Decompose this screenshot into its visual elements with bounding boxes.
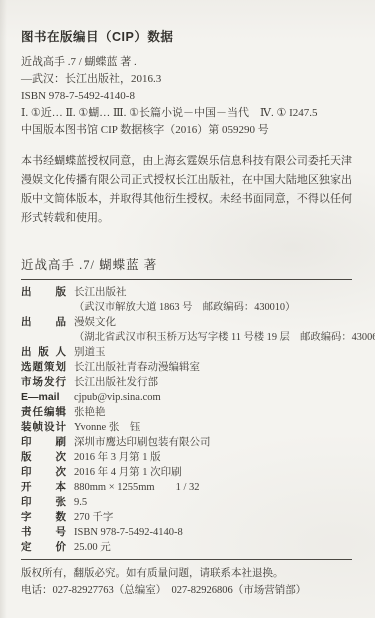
row-label: 出版人 [21,345,66,360]
table-row-topic-planning: 选题策划长江出版社青春动漫编辑室 [21,360,352,375]
table-row-word-count: 字数270 千字 [21,510,352,525]
row-value: 张艳艳 [74,405,106,420]
row-value: 2016 年 3 月第 1 版 [74,450,161,465]
copyright-notice: 版权所有，翻版必究。如有质量问题，请联系本社退换。 [21,566,352,583]
table-row-isbn: 书号ISBN 978-7-5492-4140-8 [21,525,352,540]
row-value: 2016 年 4 月第 1 次印刷 [74,465,182,480]
row-label: E—mail [21,390,66,405]
table-row-price: 定价25.00 元 [21,540,352,555]
row-label: 出品 [21,315,66,330]
cip-classification-line: Ⅰ. ①近… Ⅱ. ①蝴… Ⅲ. ①长篇小说－中国－当代 Ⅳ. ① I247.5 [21,105,352,122]
footer-divider-rule [21,559,352,560]
row-value: 长江出版社青春动漫编辑室 [74,360,200,375]
authorization-paragraph: 本书经蝴蝶蓝授权同意，由上海玄霆娱乐信息科技有限公司委托天津漫娱文化传播有限公司… [21,152,352,228]
cip-title-line: 近战高手 .7 / 蝴蝶蓝 著 . [21,54,352,71]
table-row-market-distribution: 市场发行长江出版社发行部 [21,375,352,390]
table-row-format: 开本880mm × 1255mm 1 / 32 [21,480,352,495]
row-label: 印次 [21,465,66,480]
cip-record-number-line: 中国版本图书馆 CIP 数据核字（2016）第 059290 号 [21,122,352,139]
table-row-publisher-person: 出版人别道玉 [21,345,352,360]
row-note-publisher-address: （武汉市解放大道 1863 号 邮政编码：430010） [21,300,352,315]
row-label: 字数 [21,510,66,525]
colophon-book-title: 近战高手 .7/ 蝴蝶蓝 著 [21,255,352,273]
row-value: 长江出版社 [74,285,127,300]
table-row-edition: 版次2016 年 3 月第 1 版 [21,450,352,465]
row-label: 市场发行 [21,375,66,390]
table-row-design: 装帧设计Yvonne 张 钰 [21,420,352,435]
row-value: ISBN 978-7-5492-4140-8 [74,525,183,540]
copyright-page: 图书在版编目（CIP）数据 近战高手 .7 / 蝴蝶蓝 著 . —武汉：长江出版… [0,0,375,618]
table-row-impression: 印次2016 年 4 月第 1 次印刷 [21,465,352,480]
table-row-editor: 责任编辑张艳艳 [21,405,352,420]
row-label: 版次 [21,450,66,465]
cip-publisher-line: —武汉：长江出版社，2016.3 [21,71,352,88]
cip-heading: 图书在版编目（CIP）数据 [21,27,352,45]
row-value: 880mm × 1255mm 1 / 32 [74,480,200,495]
row-label: 出版 [21,285,66,300]
table-row-email: E—mailcjpub@vip.sina.com [21,390,352,405]
contact-phones: 电话：027-82927763（总编室） 027-82926806（市场营销部） [21,583,352,600]
row-label: 责任编辑 [21,405,66,420]
row-label: 印刷 [21,435,66,450]
row-label: 书号 [21,525,66,540]
row-label: 选题策划 [21,360,66,375]
row-value-email: cjpub@vip.sina.com [74,390,161,405]
row-value: 深圳市鹰达印刷包装有限公司 [74,435,211,450]
table-row-producer: 出品漫娱文化 [21,315,352,330]
table-row-sheets: 印张9.5 [21,495,352,510]
colophon-table: 出版长江出版社 （武汉市解放大道 1863 号 邮政编码：430010） 出品漫… [21,285,352,555]
table-row-publisher: 出版长江出版社 [21,285,352,300]
row-label: 印张 [21,495,66,510]
cip-isbn-line: ISBN 978-7-5492-4140-8 [21,88,352,105]
row-note-producer-address: （湖北省武汉市积玉桥万达写字楼 11 号楼 19 层 邮政编码：430060） [21,330,352,345]
row-value: 漫娱文化 [74,315,116,330]
row-value: 别道玉 [74,345,106,360]
row-label: 开本 [21,480,66,495]
row-value: 9.5 [74,495,87,510]
row-value: 270 千字 [74,510,113,525]
row-label: 装帧设计 [21,420,66,435]
row-label: 定价 [21,540,66,555]
row-value: 长江出版社发行部 [74,375,158,390]
table-row-printing: 印刷深圳市鹰达印刷包装有限公司 [21,435,352,450]
row-value: 25.00 元 [74,540,111,555]
row-value: Yvonne 张 钰 [74,420,140,435]
title-divider-rule [21,279,352,280]
cip-block: 近战高手 .7 / 蝴蝶蓝 著 . —武汉：长江出版社，2016.3 ISBN … [21,54,352,139]
